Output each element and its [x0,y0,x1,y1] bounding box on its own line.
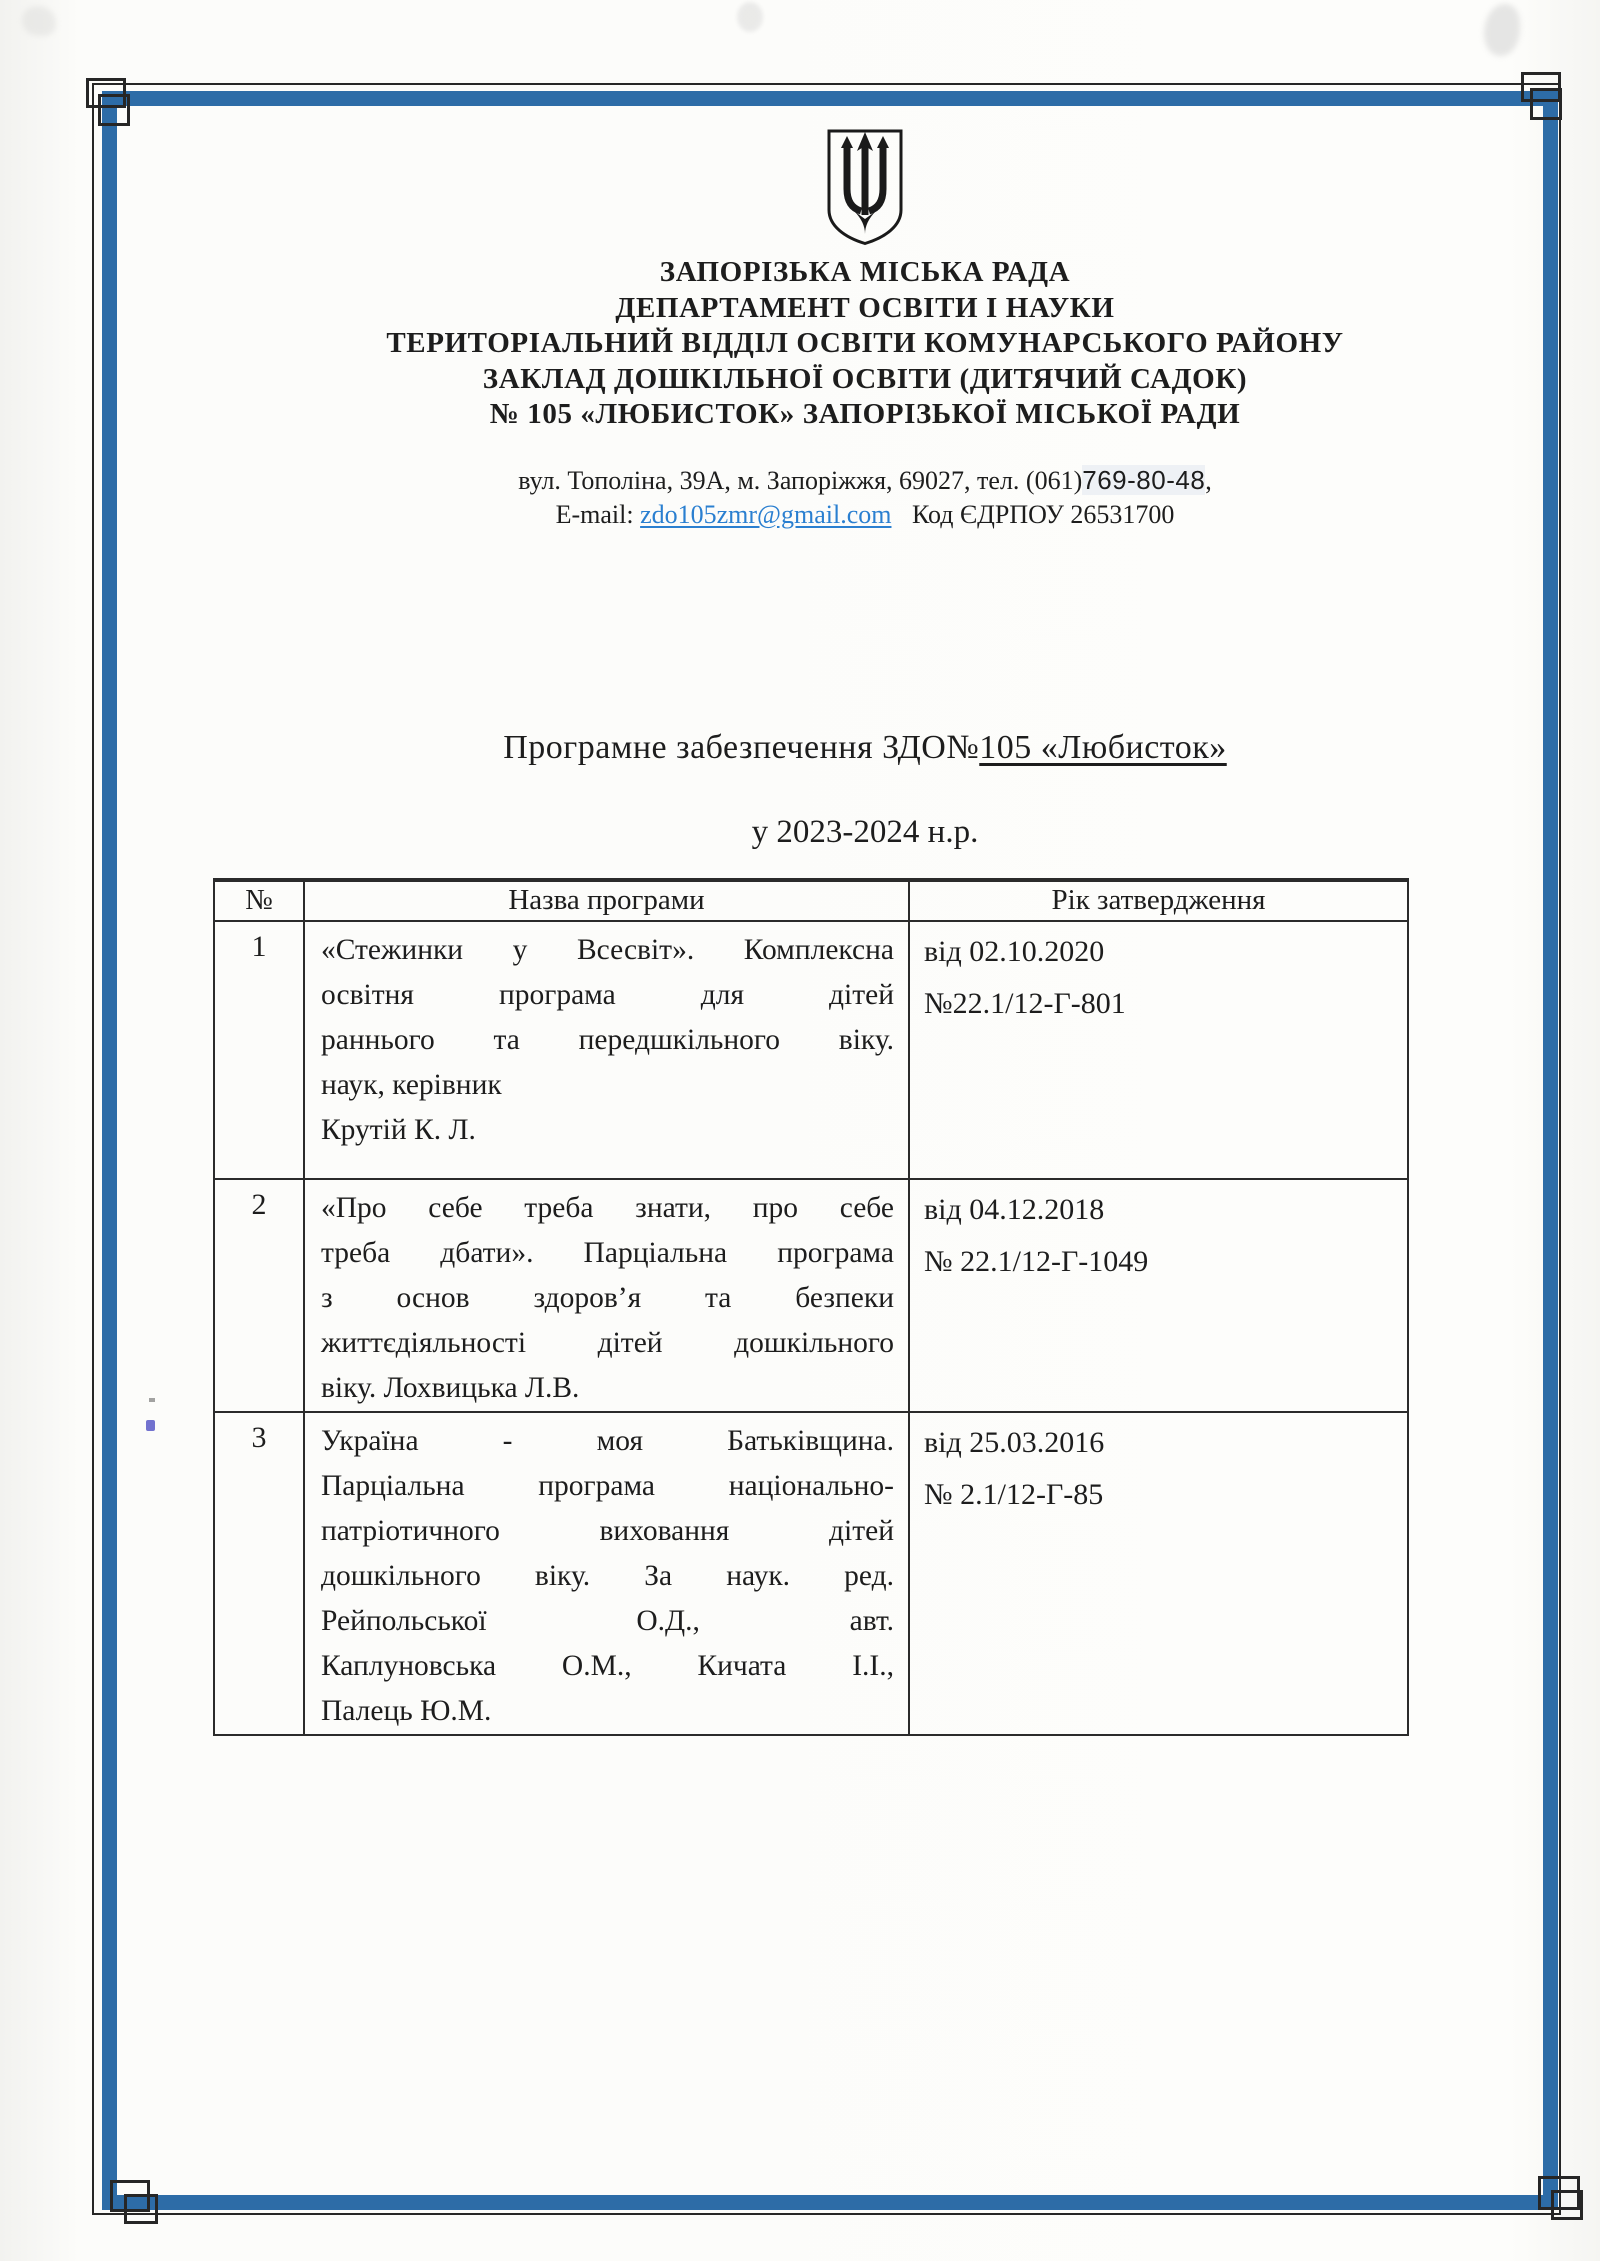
program-name-cell: Україна - моя Батьківщина. Парціальна пр… [304,1412,909,1735]
address-comma: , [1205,466,1212,495]
org-line-department: ДЕПАРТАМЕНТ ОСВІТИ І НАУКИ [130,291,1600,327]
email-line: E-mail: zdo105zmr@gmail.com Код ЄДРПОУ 2… [130,498,1600,532]
program-name-line: віку. Лохвицька Л.В. [321,1366,894,1411]
org-header: ЗАПОРІЗЬКА МІСЬКА РАДА ДЕПАРТАМЕНТ ОСВІТ… [130,255,1600,433]
program-name-cell: «Про себе треба знати, про себе треба дб… [304,1179,909,1412]
org-line-territory: ТЕРИТОРІАЛЬНИЙ ВІДДІЛ ОСВІТИ КОМУНАРСЬКО… [130,326,1600,362]
email-label: E-mail: [556,500,634,529]
program-name-cell: «Стежинки у Всесвіт». Комплексна освітня… [304,921,909,1179]
approval-number: № 22.1/12-Г-1049 [924,1236,1399,1288]
program-name-line: Палець Ю.М. [321,1689,894,1734]
title-prefix: Програмне забезпечення ЗДО№ [503,729,979,766]
approval-cell: від 25.03.2016 № 2.1/12-Г-85 [909,1412,1408,1735]
ukraine-trident-icon [822,127,908,249]
program-name-line: життєдіяльності дітей дошкільного [321,1321,894,1366]
document-title: Програмне забезпечення ЗДО№105 «Любисток… [130,728,1600,768]
approval-cell: від 02.10.2020 №22.1/12-Г-801 [909,921,1408,1179]
table-row: 1 «Стежинки у Всесвіт». Комплексна освіт… [214,921,1408,1179]
edrpou-code: Код ЄДРПОУ 26531700 [912,500,1174,529]
title-underlined-part: 105 «Любисток» [979,729,1226,766]
scanned-document-page: ЗАПОРІЗЬКА МІСЬКА РАДА ДЕПАРТАМЕНТ ОСВІТ… [0,0,1600,2261]
row-number: 1 [214,921,304,1179]
approval-date: від 04.12.2018 [924,1184,1399,1236]
program-name-line: раннього та передшкільного віку. [321,1018,894,1063]
program-name-line: патріотичного виховання дітей [321,1509,894,1554]
program-name-line: треба дбати». Парціальна програма [321,1231,894,1276]
scan-artifact-smudge [1484,4,1520,56]
scan-artifact-smudge [22,6,56,36]
program-name-line: Крутій К. Л. [321,1108,894,1153]
programs-table: № Назва програми Рік затвердження 1 «Сте… [213,878,1409,1736]
approval-date: від 25.03.2016 [924,1417,1399,1469]
scan-artifact-smudge [737,2,763,32]
table-header-row: № Назва програми Рік затвердження [214,880,1408,921]
row-number: 3 [214,1412,304,1735]
approval-number: № 2.1/12-Г-85 [924,1469,1399,1521]
address-line: вул. Тополіна, 39А, м. Запоріжжя, 69027,… [130,463,1600,498]
frame-corner-ornament [124,2194,158,2224]
address-text: вул. Тополіна, 39А, м. Запоріжжя, 69027,… [518,466,1082,495]
column-header-program-name: Назва програми [304,880,909,921]
program-name-line: Рейпольської О.Д., авт. [321,1599,894,1644]
frame-corner-ornament [98,94,130,126]
document-content: ЗАПОРІЗЬКА МІСЬКА РАДА ДЕПАРТАМЕНТ ОСВІТ… [130,105,1600,1736]
program-name-line: освітня програма для дітей [321,973,894,1018]
program-name-line: наук, керівник [321,1063,894,1108]
org-line-institution: ЗАКЛАД ДОШКІЛЬНОЇ ОСВІТИ (ДИТЯЧИЙ САДОК) [130,362,1600,398]
column-header-number: № [214,880,304,921]
org-line-city-council: ЗАПОРІЗЬКА МІСЬКА РАДА [130,255,1600,291]
table-row: 2 «Про себе треба знати, про себе треба … [214,1179,1408,1412]
email-link[interactable]: zdo105zmr@gmail.com [640,500,891,529]
approval-cell: від 04.12.2018 № 22.1/12-Г-1049 [909,1179,1408,1412]
approval-date: від 02.10.2020 [924,926,1399,978]
program-name-line: Україна - моя Батьківщина. [321,1419,894,1464]
program-name-line: з основ здоров’я та безпеки [321,1276,894,1321]
approval-number: №22.1/12-Г-801 [924,978,1399,1030]
program-name-line: Каплуновська О.М., Кичата І.І., [321,1644,894,1689]
phone-number: 769-80-48 [1082,465,1205,495]
program-name-line: «Про себе треба знати, про себе [321,1186,894,1231]
org-line-number-name: № 105 «ЛЮБИСТОК» ЗАПОРІЗЬКОЇ МІСЬКОЇ РАД… [130,397,1600,433]
program-name-line: «Стежинки у Всесвіт». Комплексна [321,928,894,973]
frame-corner-ornament [1551,2190,1583,2220]
address-block: вул. Тополіна, 39А, м. Запоріжжя, 69027,… [130,463,1600,532]
program-name-line: дошкільного віку. За наук. ред. [321,1554,894,1599]
table-row: 3 Україна - моя Батьківщина. Парціальна … [214,1412,1408,1735]
row-number: 2 [214,1179,304,1412]
document-subtitle: у 2023-2024 н.р. [130,812,1600,852]
program-name-line: Парціальна програма національно- [321,1464,894,1509]
column-header-approval-year: Рік затвердження [909,880,1408,921]
